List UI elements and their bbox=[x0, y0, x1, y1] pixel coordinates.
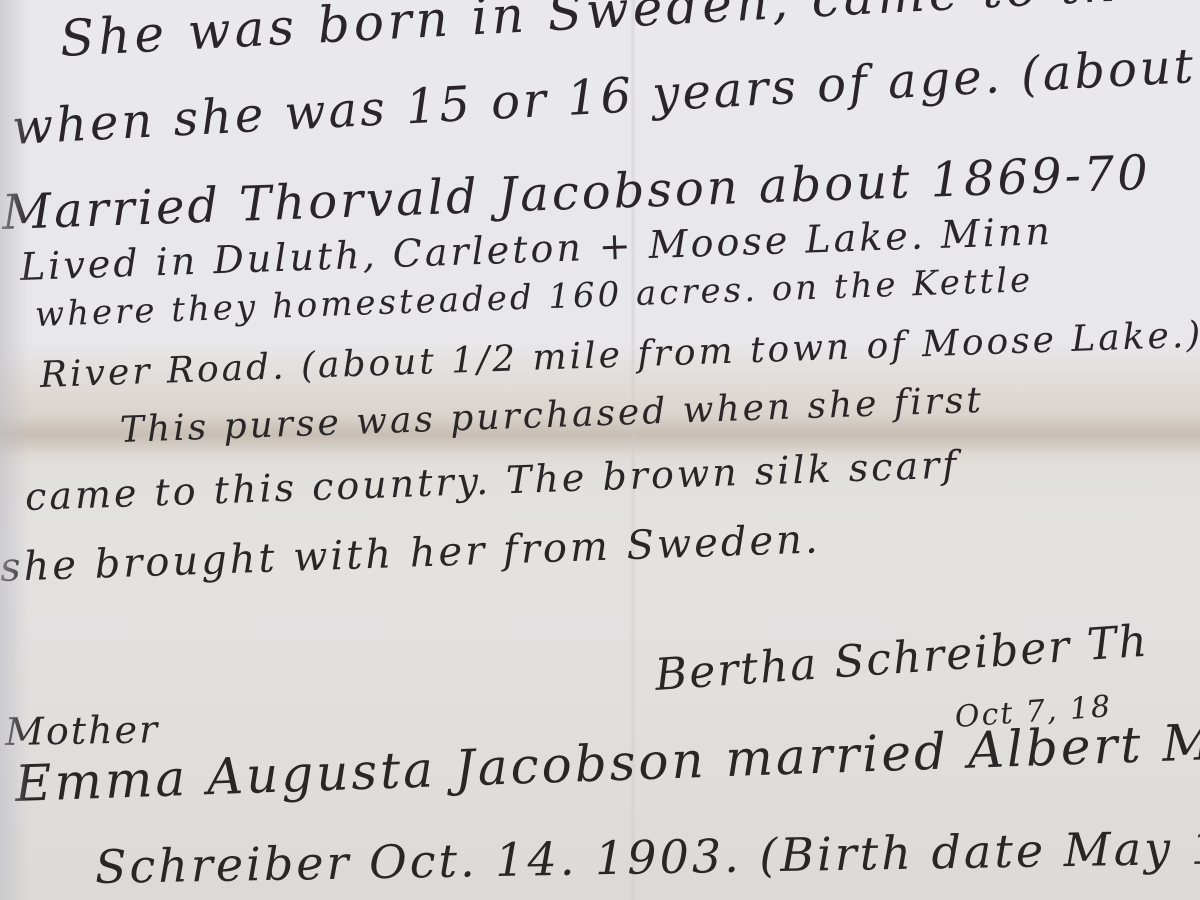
letter-paper: She was born in Sweden, came to th when … bbox=[0, 0, 1200, 900]
letter-line-7: This purse was purchased when she first bbox=[119, 380, 984, 451]
letter-line-8: came to this country. The brown silk sca… bbox=[24, 442, 960, 519]
footer-line-2: Schreiber Oct. 14. 1903. (Birth date May… bbox=[95, 819, 1200, 894]
signature-name: Bertha Schreiber Th bbox=[653, 616, 1150, 701]
footer-label-mother: Mother bbox=[5, 707, 160, 754]
footer-line-1: Emma Augusta Jacobson married Albert Mie bbox=[14, 711, 1200, 813]
letter-line-9: she brought with her from Sweden. bbox=[0, 516, 821, 591]
